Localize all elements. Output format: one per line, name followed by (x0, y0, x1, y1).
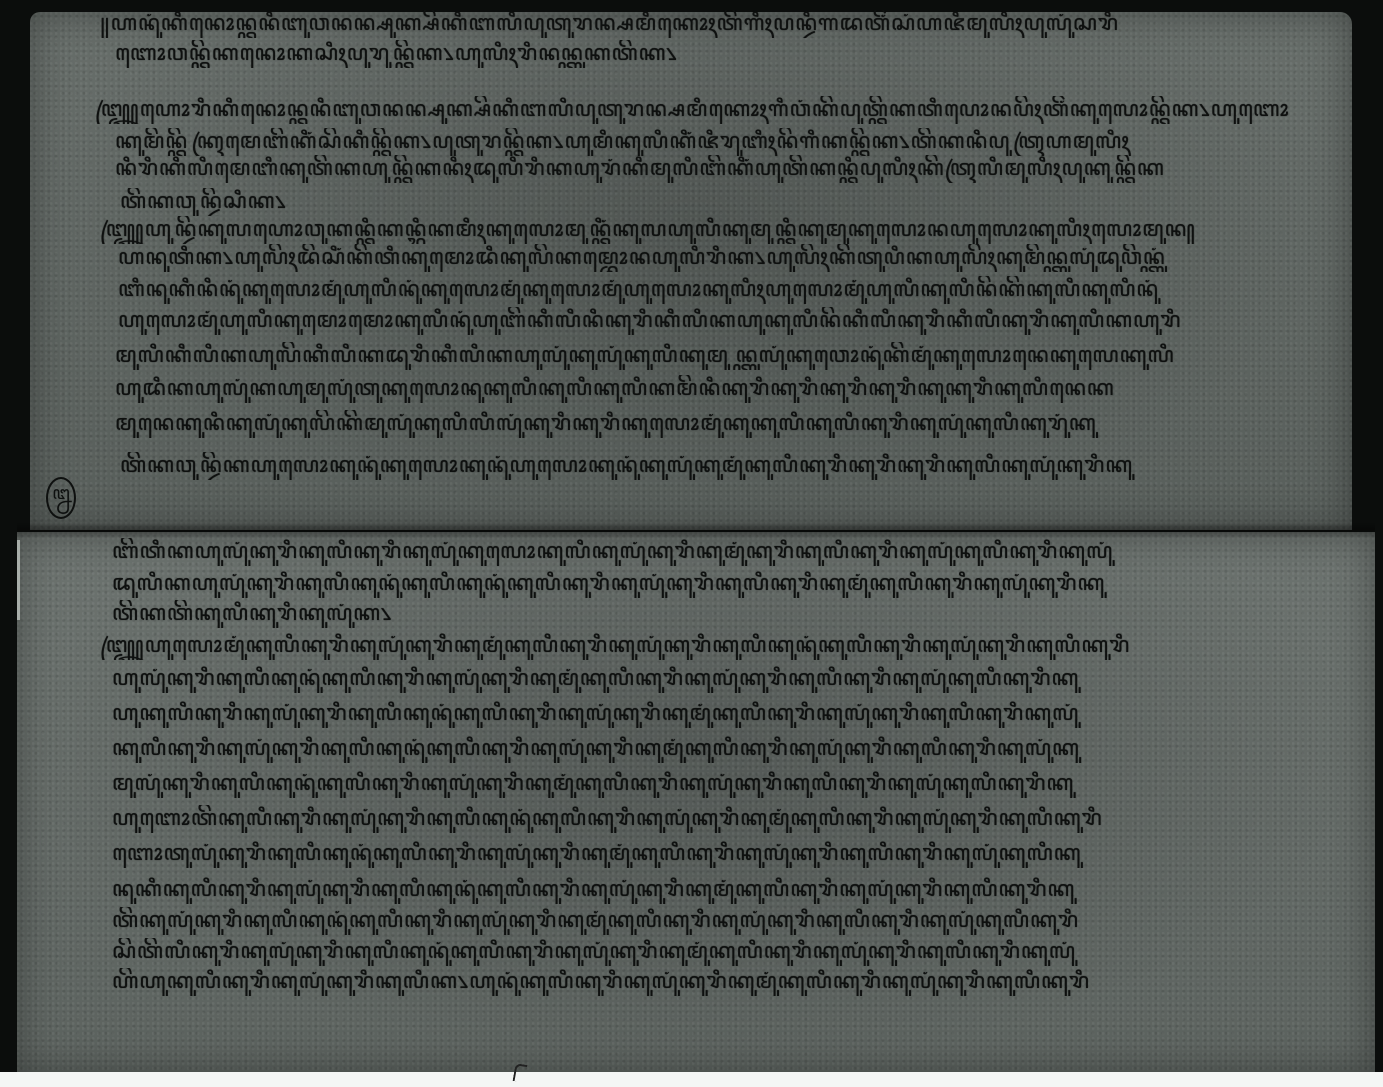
manuscript-photo: ꧋ꦲꦤꦸꦁꦏꦶꦤꦺꦴꦤ꧀ꦠꦤꦶꦧꦸꦮꦤꦤ꧀ꦱꦸꦏ꧀ꦱꦼꦏꦶꦧꦭꦶꦥꦸꦠꦸꦫꦤ꧀ꦱ… (0, 0, 1383, 1087)
manuscript-line: ꦧꦶꦤꦸꦏꦶꦤꦶꦤꦸꦁꦏꦸꦭꦺꦴꦩꦸꦁꦲꦸꦭꦶꦤꦸꦁꦏꦸꦭꦺꦴꦩꦸꦁꦏꦸꦭꦺꦴꦩ… (118, 276, 1340, 304)
manuscript-line: ꦧꦺꦴꦮꦤ꧀ꦠꦼꦏꦤꦺꦴꦏꦱꦶꦃꦥꦸꦫꦸꦤ꧀ꦠꦼꦏ꧈ꦲꦸꦭꦶꦃꦫꦶꦤꦤ꧀ꦠꦸꦏꦠ… (115, 40, 795, 68)
manuscript-line: ꦲꦸꦭꦺꦴꦩꦸꦁꦲꦸꦭꦶꦏꦸꦩꦺꦴꦩꦺꦴꦏꦸꦭꦶꦤꦸꦁꦲꦸꦧꦼꦏꦶꦭꦶꦤꦶꦏꦸꦫ… (118, 307, 1340, 335)
manuscript-line: ꦢꦸꦭꦶꦏꦲꦸꦭꦸꦁꦏꦸꦫꦶꦏꦸꦭꦶꦏꦸꦤꦸꦁꦏꦸꦭꦶꦏꦸꦤꦸꦁꦏꦸꦭꦶꦏꦸꦫꦶ… (112, 570, 1362, 598)
manuscript-line: ꦩꦸꦤꦺꦏꦸꦤꦶꦏꦸꦭꦸꦁꦏꦸꦭꦼꦏꦼꦩꦸꦭꦸꦁꦏꦸꦭꦶꦭꦶꦭꦸꦁꦏꦸꦫꦶꦏꦸꦫ… (115, 410, 1340, 438)
manuscript-line: ꧅ꦲꦸꦤ꧀ꦢꦼꦏꦸꦭꦲꦺꦴꦮꦸꦏꦤ꧀ꦠꦶꦏꦤ꧀ꦫꦶꦏꦩꦶꦃꦏꦸꦭꦺꦴꦩꦸꦤ꧀ꦠꦶ… (100, 216, 1340, 244)
manuscript-line: ꦏꦸꦩꦼꦤ꧀ꦠꦼꦏꦿꦩꦺꦧꦼꦏꦶꦁꦱꦼꦏꦶꦤ꧀ꦠꦼꦏ꧈ꦥꦸꦠꦸꦫꦤ꧀ꦠꦼꦏ꧈ꦲꦸ… (115, 128, 1340, 156)
manuscript-line: ꦧꦼꦠꦶꦏꦲꦸꦭꦸꦁꦏꦸꦫꦶꦏꦸꦭꦶꦏꦸꦫꦶꦏꦸꦭꦸꦁꦏꦸꦭꦺꦴꦏꦸꦭꦶꦏꦸꦭꦸ… (112, 538, 1362, 566)
manuscript-line: ꧅ꦲꦺꦴꦫꦶꦏꦶꦤꦺꦴꦤ꧀ꦠꦤꦶꦧꦸꦮꦤꦤ꧀ꦱꦸꦏ꧀ꦱꦼꦏꦶꦧꦭꦶꦥꦸꦠꦸꦫꦤ꧀… (95, 96, 1340, 124)
manuscript-line: ꦲꦸꦢꦶꦏꦲꦸꦭꦸꦁꦏꦲꦸꦩꦸꦭꦸꦁꦠꦸꦏꦸꦭꦺꦴꦤꦸꦏꦸꦭꦶꦏꦸꦭꦶꦏꦸꦭꦶꦏ… (115, 375, 1340, 403)
manuscript-line: ꦲꦸꦭꦸꦁꦏꦸꦫꦶꦏꦸꦭꦶꦏꦸꦤꦸꦁꦏꦸꦭꦶꦏꦸꦫꦶꦏꦸꦭꦸꦁꦏꦸꦫꦶꦏꦸꦩꦸꦁ… (112, 665, 1362, 693)
white-border-strip (0, 1072, 1383, 1087)
manuscript-line: ꦲꦤꦸꦠꦶꦏ꧈ꦲꦸꦭꦼꦃꦢꦼꦱꦶꦁꦏꦼꦠꦶꦏꦸꦩꦺꦴꦢꦶꦏꦸꦭꦼꦏꦩ꧀ꦧꦺꦴꦤꦲ… (118, 244, 1340, 272)
manuscript-line: ꦲꦸꦏꦸꦭꦶꦏꦸꦫꦶꦏꦸꦭꦸꦁꦏꦸꦫꦶꦏꦸꦭꦶꦏꦸꦤꦸꦁꦏꦸꦭꦶꦏꦸꦫꦶꦏꦸꦭꦸ… (112, 700, 1362, 728)
page-number-circle: ꧒ (46, 477, 76, 519)
manuscript-line: ꧅ꦲꦸꦭꦺꦴꦩꦸꦁꦏꦸꦭꦶꦏꦸꦫꦶꦏꦸꦭꦸꦁꦏꦸꦫꦶꦏꦸꦩꦸꦁꦏꦸꦭꦶꦏꦸꦫꦶꦏ… (100, 632, 1362, 660)
manuscript-line: ꦱꦼꦠꦼꦭꦶꦏꦸꦫꦶꦏꦸꦭꦸꦁꦏꦸꦫꦶꦏꦸꦭꦶꦏꦸꦤꦸꦁꦏꦸꦭꦶꦏꦸꦫꦶꦏꦸꦭꦸ… (112, 938, 1362, 966)
manuscript-line: ꦠꦼꦏꦸꦭꦸꦁꦏꦸꦫꦶꦏꦸꦭꦶꦏꦸꦤꦸꦁꦏꦸꦭꦶꦏꦸꦫꦶꦏꦸꦭꦸꦁꦏꦸꦫꦶꦏꦸꦩ… (112, 907, 1362, 935)
manuscript-line: ꦏꦸꦭꦶꦏꦸꦫꦶꦏꦸꦭꦸꦁꦏꦸꦫꦶꦏꦸꦭꦶꦏꦸꦤꦸꦁꦏꦸꦭꦶꦏꦸꦫꦶꦏꦸꦭꦸꦁꦏ… (112, 735, 1362, 763)
manuscript-line: ꦲꦼꦲꦸꦏꦸꦭꦶꦏꦸꦫꦶꦏꦸꦭꦸꦁꦏꦸꦫꦶꦏꦸꦭꦶꦏ꧈ꦲꦸꦤꦸꦁꦏꦸꦭꦶꦏꦸꦫꦶ… (112, 968, 1362, 996)
manuscript-line: ꧋ꦲꦤꦸꦁꦏꦶꦤꦺꦴꦤ꧀ꦠꦤꦶꦧꦸꦮꦤꦤ꧀ꦱꦸꦏ꧀ꦱꦼꦏꦶꦧꦭꦶꦥꦸꦠꦸꦫꦤ꧀ꦱ… (100, 10, 1340, 38)
manuscript-line: ꦧꦺꦴꦠꦸꦭꦸꦁꦏꦸꦫꦶꦏꦸꦭꦶꦏꦸꦤꦸꦁꦏꦸꦭꦶꦏꦸꦫꦶꦏꦸꦭꦸꦁꦏꦸꦫꦶꦏꦸ… (112, 840, 1362, 868)
fold-edge-highlight (17, 540, 20, 620)
manuscript-line: ꦠꦼꦏꦠꦼꦏꦸꦭꦶꦏꦸꦫꦶꦏꦸꦭꦸꦁꦏ꧈ (112, 600, 402, 628)
manuscript-line: ꦠꦼꦏꦮꦸꦤ꧀ꦢꦼꦏꦲꦸꦭꦺꦴꦏꦸꦤꦸꦁꦏꦸꦭꦺꦴꦏꦸꦤꦸꦁꦲꦸꦭꦺꦴꦏꦸꦤꦸꦁ… (120, 452, 1340, 480)
manuscript-line: ꦩꦸꦭꦶꦏꦶꦭꦶꦏꦲꦸꦭꦼꦏꦶꦭꦶꦏꦢꦸꦫꦶꦏꦶꦭꦶꦏꦲꦸꦭꦸꦁꦏꦸꦭꦸꦁꦏꦸꦭ… (115, 342, 1340, 370)
page-fold (17, 522, 1375, 538)
manuscript-line: ꦲꦸꦧꦺꦴꦠꦼꦏꦸꦭꦶꦏꦸꦫꦶꦏꦸꦭꦸꦁꦏꦸꦫꦶꦏꦸꦭꦶꦏꦸꦤꦸꦁꦏꦸꦭꦶꦏꦸꦫ… (112, 805, 1362, 833)
manuscript-line: ꦩꦸꦭꦸꦁꦏꦸꦫꦶꦏꦸꦭꦶꦏꦸꦤꦸꦁꦏꦸꦭꦶꦏꦸꦫꦶꦏꦸꦭꦸꦁꦏꦸꦫꦶꦏꦸꦩꦸꦁ… (112, 770, 1362, 798)
manuscript-line: ꦠꦼꦏꦮꦸꦤ꧀ꦢꦼꦱꦶꦏ꧈ (120, 188, 340, 216)
manuscript-line: ꦤꦶꦫꦶꦏꦶꦭꦶꦩꦺꦧꦶꦏꦸꦠꦼꦏꦲꦸꦤ꧀ꦠꦼꦏꦤꦶꦃꦢꦸꦭꦶꦫꦶꦏꦲꦸꦫꦁꦏꦶ… (115, 155, 1340, 183)
page-number: ꧒ (52, 480, 70, 516)
manuscript-line: ꦤꦸꦏꦶꦏꦸꦭꦶꦏꦸꦫꦶꦏꦸꦭꦸꦁꦏꦸꦫꦶꦏꦸꦭꦶꦏꦸꦤꦸꦁꦏꦸꦭꦶꦏꦸꦫꦶꦏꦸ… (112, 876, 1362, 904)
